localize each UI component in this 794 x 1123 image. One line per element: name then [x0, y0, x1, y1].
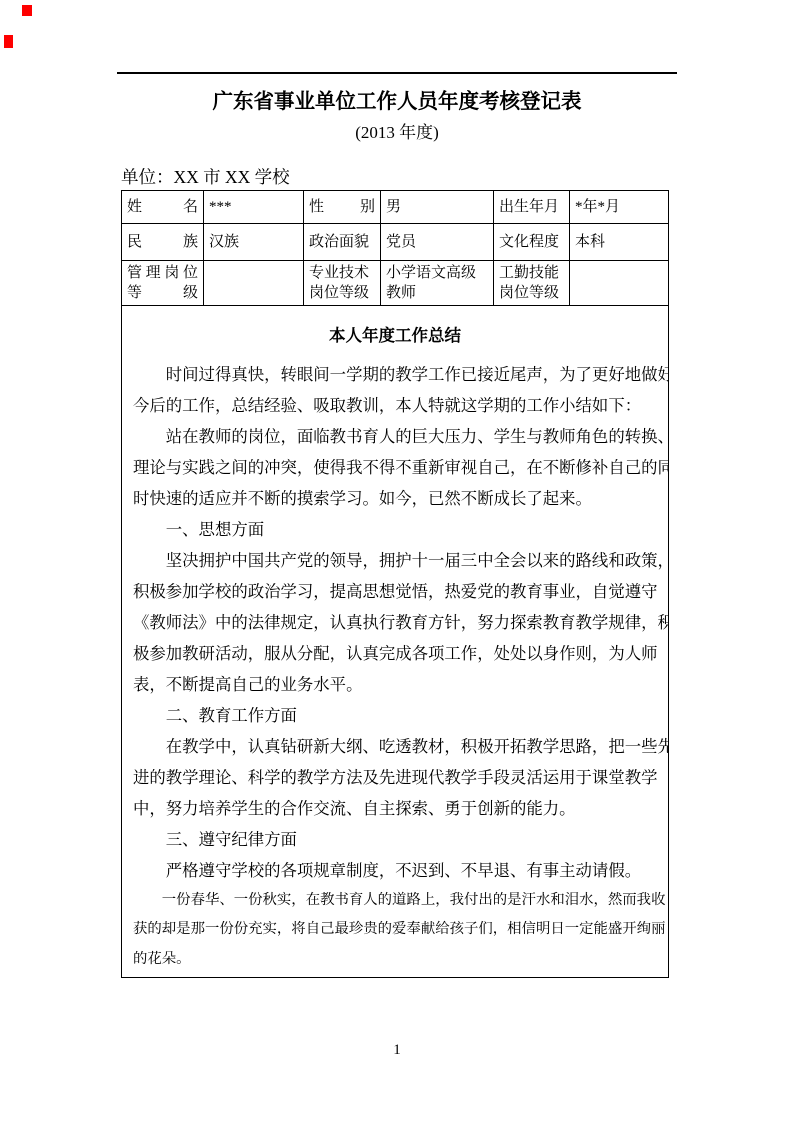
red-artifact-mark-top	[22, 5, 32, 16]
summary-line: 获的却是那一份份充实，将自己最珍贵的爱奉献给孩子们，相信明日一定能盛开绚丽	[127, 915, 663, 945]
summary-line: 理论与实践之间的冲突，使得我不得不重新审视自己，在不断修补自己的同	[127, 452, 663, 483]
personnel-info-table: 姓名 *** 性别 男 出生年月 *年*月 民族 汉族 政治面貌 党员 文化程度…	[121, 190, 669, 978]
unit-line: 单位：XX 市 XX 学校	[121, 165, 290, 189]
page-number: 1	[0, 1038, 794, 1062]
table-row: 民族 汉族 政治面貌 党员 文化程度 本科	[122, 224, 669, 261]
ethnicity-value: 汉族	[204, 224, 304, 261]
skilled-worker-post-grade-label: 工勤技能岗位等级	[494, 261, 570, 306]
summary-line: 极参加教研活动，服从分配，认真完成各项工作，处处以身作则，为人师	[127, 638, 663, 669]
summary-heading: 本人年度工作总结	[127, 324, 663, 348]
summary-line: 在教学中，认真钻研新大纲、吃透教材，积极开拓教学思路，把一些先	[127, 731, 663, 762]
document-year-subtitle: (2013 年度)	[0, 121, 794, 145]
summary-line: 一、思想方面	[127, 514, 663, 545]
summary-line: 积极参加学校的政治学习，提高思想觉悟，热爱党的教育事业，自觉遵守	[127, 576, 663, 607]
ethnicity-label: 民族	[122, 224, 204, 261]
name-value: ***	[204, 191, 304, 224]
summary-line: 时快速的适应并不断的摸索学习。如今，已然不断成长了起来。	[127, 483, 663, 514]
management-post-grade-value	[204, 261, 304, 306]
header-rule	[117, 72, 677, 74]
birthdate-label: 出生年月	[494, 191, 570, 224]
name-label: 姓名	[122, 191, 204, 224]
professional-post-grade-label: 专业技术岗位等级	[304, 261, 381, 306]
summary-line: 《教师法》中的法律规定，认真执行教育方针，努力探索教育教学规律，积	[127, 607, 663, 638]
table-row: 本人年度工作总结 时间过得真快，转眼间一学期的教学工作已接近尾声，为了更好地做好…	[122, 306, 669, 978]
political-status-label: 政治面貌	[304, 224, 381, 261]
summary-line: 进的教学理论、科学的教学方法及先进现代教学手段灵活运用于课堂教学	[127, 762, 663, 793]
education-value: 本科	[570, 224, 669, 261]
skilled-worker-post-grade-value	[570, 261, 669, 306]
political-status-value: 党员	[381, 224, 494, 261]
summary-line: 时间过得真快，转眼间一学期的教学工作已接近尾声，为了更好地做好	[127, 359, 663, 390]
table-row: 姓名 *** 性别 男 出生年月 *年*月	[122, 191, 669, 224]
management-post-grade-label: 管理岗位等级	[122, 261, 204, 306]
summary-line: 二、教育工作方面	[127, 700, 663, 731]
annual-summary-cell: 本人年度工作总结 时间过得真快，转眼间一学期的教学工作已接近尾声，为了更好地做好…	[122, 306, 669, 978]
summary-line: 严格遵守学校的各项规章制度，不迟到、不早退、有事主动请假。	[127, 855, 663, 886]
summary-line: 站在教师的岗位，面临教书育人的巨大压力、学生与教师角色的转换、	[127, 421, 663, 452]
summary-body: 时间过得真快，转眼间一学期的教学工作已接近尾声，为了更好地做好 今后的工作，总结…	[127, 359, 663, 975]
summary-line: 表，不断提高自己的业务水平。	[127, 669, 663, 700]
summary-line: 三、遵守纪律方面	[127, 824, 663, 855]
summary-line: 坚决拥护中国共产党的领导，拥护十一届三中全会以来的路线和政策，	[127, 545, 663, 576]
education-label: 文化程度	[494, 224, 570, 261]
summary-line: 的花朵。	[127, 945, 663, 975]
table-row: 管理岗位等级 专业技术岗位等级 小学语文高级教师 工勤技能岗位等级	[122, 261, 669, 306]
professional-post-grade-value: 小学语文高级教师	[381, 261, 494, 306]
gender-label: 性别	[304, 191, 381, 224]
document-page: 广东省事业单位工作人员年度考核登记表 (2013 年度) 单位：XX 市 XX …	[0, 0, 794, 1123]
document-title: 广东省事业单位工作人员年度考核登记表	[0, 88, 794, 116]
birthdate-value: *年*月	[570, 191, 669, 224]
red-artifact-mark-left	[4, 35, 13, 48]
gender-value: 男	[381, 191, 494, 224]
summary-line: 中，努力培养学生的合作交流、自主探索、勇于创新的能力。	[127, 793, 663, 824]
summary-line: 今后的工作，总结经验、吸取教训，本人特就这学期的工作小结如下：	[127, 390, 663, 421]
summary-line: 一份春华、一份秋实，在教书育人的道路上，我付出的是汗水和泪水，然而我收	[127, 886, 663, 916]
